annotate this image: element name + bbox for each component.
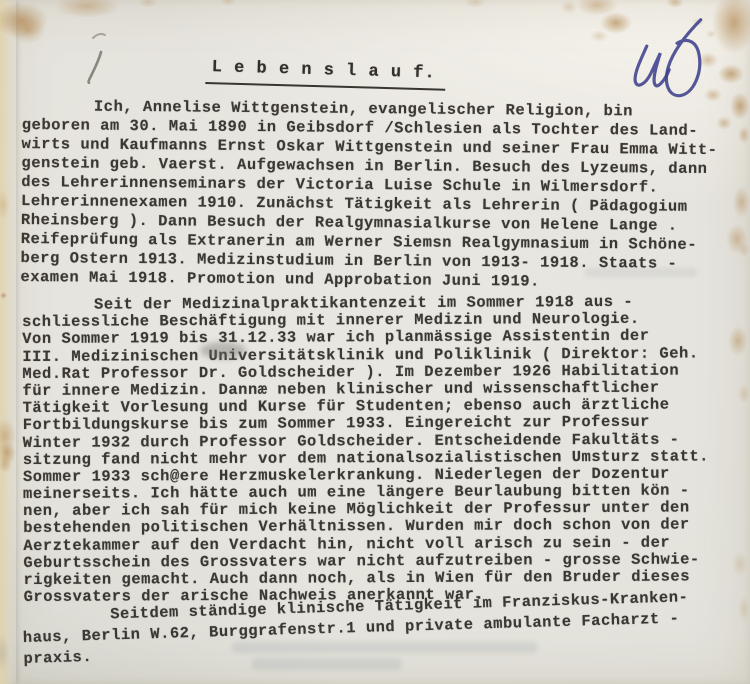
bleed-through-text [252,658,402,670]
page-edge-shading [0,0,16,684]
handwritten-page-number [623,9,724,107]
bleed-through-text [232,642,537,653]
paragraph: Ich, Annelise Wittgenstein, evangelische… [20,97,738,293]
document-scan: 40 L e b e n s l a u f. Ich, Annelise Wi… [0,0,750,684]
pencil-mark [80,28,116,84]
ink-smudge [200,342,246,359]
document-title: L e b e n s l a u f. [205,58,446,91]
bleed-through-text [585,268,697,277]
paragraph: Seit der Medizinalpraktikantenzeit im So… [22,293,740,606]
